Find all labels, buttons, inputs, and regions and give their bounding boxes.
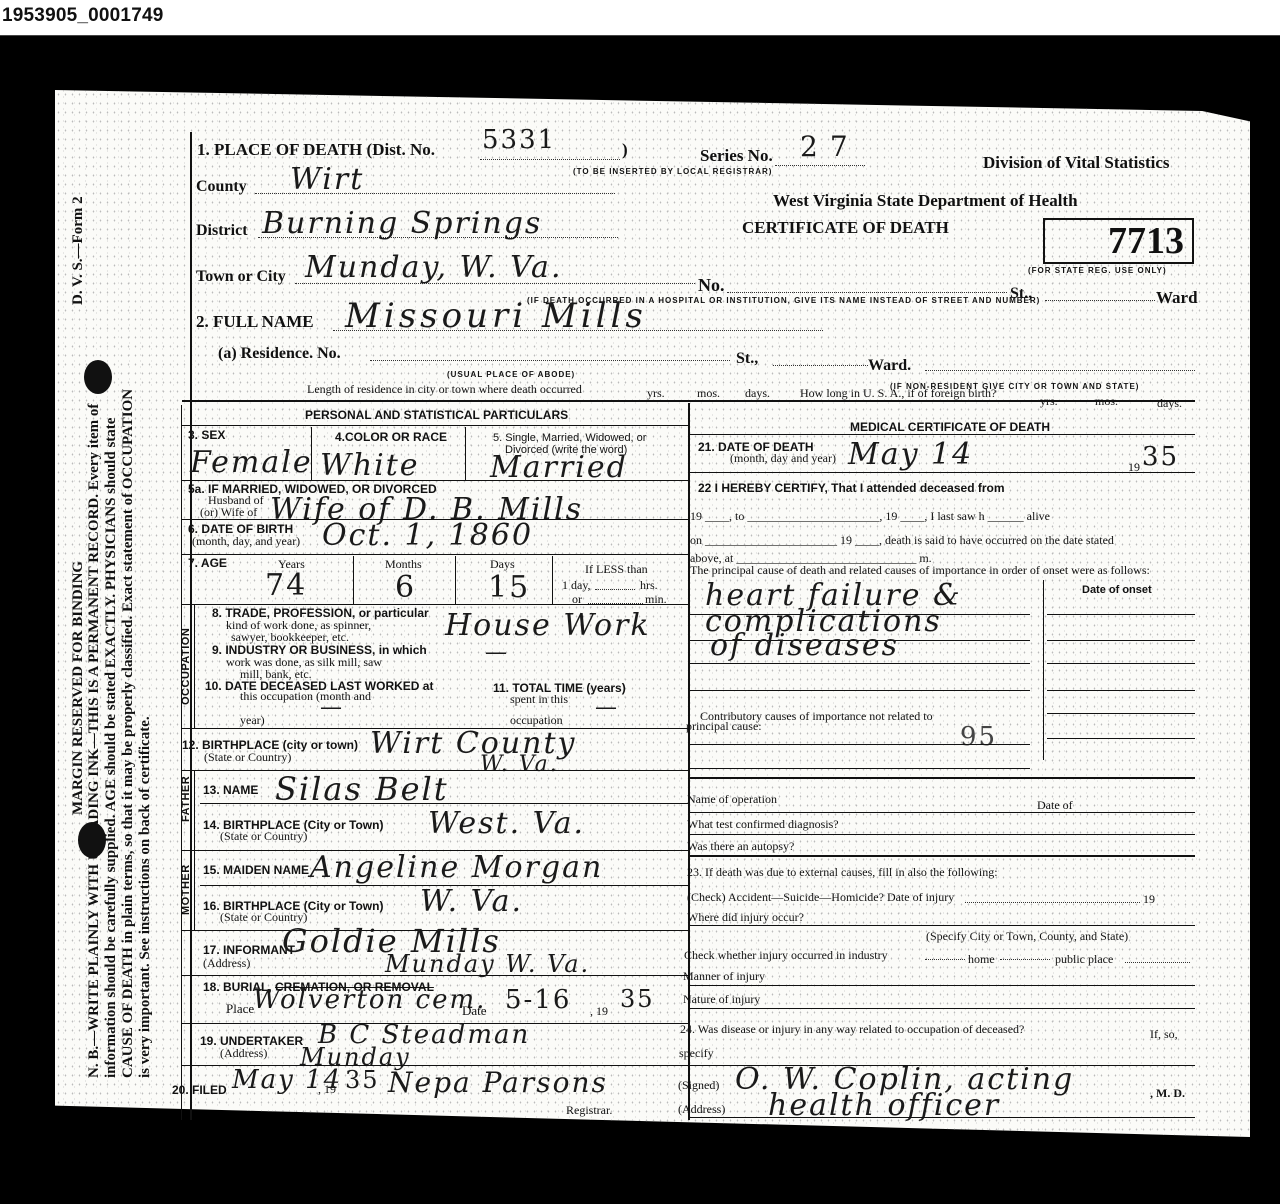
residence-ward-label: Ward. xyxy=(868,357,911,375)
age-label: 7. AGE xyxy=(188,556,227,570)
hrs-label: hrs. xyxy=(640,579,658,591)
undertaker-sub: (Address) xyxy=(220,1047,267,1059)
specify-label: specify xyxy=(679,1047,714,1059)
personal-section-title: PERSONAL AND STATISTICAL PARTICULARS xyxy=(305,408,568,422)
operation-label: Name of operation xyxy=(687,793,777,805)
cause-label: The principal cause of death and related… xyxy=(690,564,1150,576)
cell-divider xyxy=(465,427,466,480)
district-value: Burning Springs xyxy=(262,206,542,241)
home-label: home xyxy=(968,953,995,965)
cell-divider xyxy=(455,556,456,604)
home-line xyxy=(1000,959,1050,960)
mother-bracket xyxy=(194,850,195,930)
age-days-label: Days xyxy=(490,558,515,570)
length-mos: mos. xyxy=(697,387,720,399)
last-worked-label-3: year) xyxy=(240,714,265,726)
margin-instruction-2: information should be carefully supplied… xyxy=(103,418,120,1078)
dist-note: (TO BE INSERTED BY LOCAL REGISTRAR) xyxy=(573,167,772,176)
full-name-value: Missouri Mills xyxy=(345,296,647,336)
onset-rule xyxy=(1047,663,1195,664)
dod-value: May 14 xyxy=(848,437,973,472)
dod-year: 35 xyxy=(1142,442,1179,472)
total-time-label-2: spent in this xyxy=(510,693,568,705)
mother-birthplace-value: W. Va. xyxy=(420,884,523,919)
trade-value: House Work xyxy=(445,608,651,643)
onset-rule xyxy=(1047,614,1195,615)
sex-label: 3. SEX xyxy=(188,428,225,442)
row-line xyxy=(690,434,1195,435)
mother-side-label: MOTHER xyxy=(180,864,192,915)
dist-no-line xyxy=(480,159,620,160)
residence-st-label: St., xyxy=(736,350,758,368)
frame-left-inner xyxy=(181,405,182,1120)
residence-label: (a) Residence. No. xyxy=(218,345,341,363)
industry-check-label: Check whether injury occurred in industr… xyxy=(684,949,888,961)
abode-note: (USUAL PLACE OF ABODE) xyxy=(447,370,575,379)
father-bracket xyxy=(194,770,195,850)
header-divider xyxy=(182,400,1195,402)
medical-section-title: MEDICAL CERTIFICATE OF DEATH xyxy=(850,420,1050,434)
address-label: (Address) xyxy=(678,1103,725,1115)
age-months-value: 6 xyxy=(395,570,416,605)
burial-year-value: 35 xyxy=(620,985,655,1013)
row-line xyxy=(690,812,1195,813)
image-id: 1953905_0001749 xyxy=(2,5,164,27)
mother-name-value: Angeline Morgan xyxy=(310,850,603,885)
cause-rule xyxy=(690,663,1030,664)
operation-date-label: Date of xyxy=(1037,799,1073,811)
county-label: County xyxy=(196,178,247,196)
onset-column-divider xyxy=(1043,580,1044,760)
certificate-title: CERTIFICATE OF DEATH xyxy=(742,218,949,238)
filed-year-prefix: , 19 xyxy=(318,1083,336,1095)
row-line xyxy=(182,425,688,426)
row-line xyxy=(182,554,688,555)
registrar-label: Registrar. xyxy=(566,1104,612,1116)
state-note: (FOR STATE REG. USE ONLY) xyxy=(1028,266,1167,275)
onset-label: Date of onset xyxy=(1082,584,1152,596)
department-title: West Virginia State Department of Health xyxy=(773,191,1078,211)
contrib-note: 95 xyxy=(960,722,997,752)
race-value: White xyxy=(320,448,420,483)
cause-rule xyxy=(690,768,1030,769)
industry-check-line xyxy=(925,959,965,960)
signed-label: (Signed) xyxy=(678,1079,719,1091)
hrs-line xyxy=(595,589,635,590)
burial-place-value: Wolverton cem. xyxy=(253,985,486,1015)
total-time-label-3: occupation xyxy=(510,714,563,726)
row-line xyxy=(690,1008,1195,1009)
town-label: Town or City xyxy=(196,268,286,286)
full-name-label: 2. FULL NAME xyxy=(196,312,314,332)
injury-date-line xyxy=(965,902,1140,903)
registrar-signature: Nepa Parsons xyxy=(388,1066,608,1099)
mother-name-label: 15. MAIDEN NAME xyxy=(203,863,309,877)
usa-label: How long in U. S. A., if of foreign birt… xyxy=(800,387,996,399)
cause-line-3: of diseases xyxy=(710,628,899,663)
certify-line-2: 19 ____, to ______________________, 19 _… xyxy=(690,510,1050,522)
certify-line-1: 22 I HEREBY CERTIFY, That I attended dec… xyxy=(698,482,1005,494)
sex-value: Female xyxy=(190,445,313,480)
informant-sub: (Address) xyxy=(203,957,250,969)
residence-line xyxy=(370,360,730,361)
margin-instruction-3: CAUSE OF DEATH in plain terms, so that i… xyxy=(120,389,137,1078)
usa-days: days. xyxy=(1157,397,1182,409)
row-line xyxy=(200,803,688,804)
onset-rule xyxy=(1047,640,1195,641)
dist-close-paren: ) xyxy=(622,140,628,160)
md-label: , M. D. xyxy=(1150,1087,1185,1099)
less-than-label: If LESS than xyxy=(585,563,648,575)
dob-sub: (month, day, and year) xyxy=(192,535,300,547)
burial-date-label: Date xyxy=(462,1005,487,1017)
place-ward-label: Ward xyxy=(1156,288,1198,308)
row-line xyxy=(690,925,1195,926)
series-label: Series No. xyxy=(700,146,773,166)
father-name-label: 13. NAME xyxy=(203,783,258,797)
burial-date-value: 5-16 xyxy=(505,985,571,1015)
dob-value: Oct. 1, 1860 xyxy=(322,518,533,553)
place-no-line xyxy=(727,292,1007,293)
last-worked-value: — xyxy=(320,695,344,720)
row-line xyxy=(690,777,1195,779)
race-label: 4.COLOR OR RACE xyxy=(335,430,447,444)
nature-label: Nature of injury xyxy=(683,993,760,1005)
filed-label: 20. FILED xyxy=(172,1083,227,1097)
cell-divider xyxy=(353,556,354,604)
punch-hole-bottom xyxy=(78,822,106,858)
town-value: Munday, W. Va. xyxy=(305,250,562,285)
day-label: 1 day, xyxy=(562,579,591,591)
cause-rule xyxy=(690,744,1030,745)
onset-rule xyxy=(1047,738,1195,739)
last-worked-label-2: this occupation (month and xyxy=(240,690,371,702)
place-of-death-label: 1. PLACE OF DEATH (Dist. No. xyxy=(197,140,435,160)
check-year: 19 xyxy=(1143,893,1155,905)
residence-nonresident-line xyxy=(925,370,1195,371)
father-side-label: FATHER xyxy=(180,776,192,822)
burial-place-label: Place xyxy=(226,1003,254,1015)
informant-address: Munday W. Va. xyxy=(385,950,590,978)
length-residence-label: Length of residence in city or town wher… xyxy=(307,383,582,395)
cell-divider xyxy=(311,427,312,480)
age-days-value: 15 xyxy=(488,570,530,605)
place-ward-line xyxy=(1045,300,1155,301)
place-no-label: No. xyxy=(698,275,725,296)
public-place-label: public place xyxy=(1055,953,1113,965)
birthplace-sub: (State or Country) xyxy=(204,751,291,763)
row-line xyxy=(690,834,1195,835)
state-number: 7713 xyxy=(1108,220,1184,262)
father-birthplace-value: West. Va. xyxy=(428,806,585,841)
row-line xyxy=(690,985,1195,986)
dist-no-value: 5331 xyxy=(482,125,556,155)
trade-label-3: sawyer, bookkeeper, etc. xyxy=(231,631,349,643)
onset-rule xyxy=(1047,690,1195,691)
filed-year: 35 xyxy=(345,1066,380,1094)
margin-instruction-4: is very important. See instructions on b… xyxy=(137,716,154,1078)
age-years-value: 74 xyxy=(265,568,307,603)
certify-line-3: on ______________________ 19 ____, death… xyxy=(690,534,1114,546)
external-label: 23. If death was due to external causes,… xyxy=(687,866,998,878)
image-header: 1953905_0001749 xyxy=(0,0,1280,36)
father-birthplace-sub: (State or Country) xyxy=(220,830,307,842)
if-so-label: If, so, xyxy=(1150,1028,1178,1040)
series-line xyxy=(775,165,865,166)
county-value: Wirt xyxy=(290,162,364,197)
row-line xyxy=(182,480,688,481)
marital-label-1: 5. Single, Married, Widowed, or xyxy=(493,432,646,444)
margin-instruction-1: N. B.—WRITE PLAINLY WITH UNFADING INK—TH… xyxy=(86,404,103,1078)
division-title: Division of Vital Statistics xyxy=(983,153,1170,173)
row-line xyxy=(182,604,688,605)
row-line xyxy=(690,855,1195,857)
form-number: D. V. S.—Form 2 xyxy=(70,196,87,305)
row-line xyxy=(690,472,1195,473)
state-number-box: 7713 xyxy=(1043,218,1194,264)
occupation-side-label: OCCUPATION xyxy=(180,628,192,705)
industry-value: — xyxy=(485,640,509,665)
birthplace-state: W. Va. xyxy=(480,752,559,777)
spouse-sub-2: (or) Wife of xyxy=(200,506,257,518)
punch-hole-top xyxy=(84,360,112,394)
margin-binding-note: MARGIN RESERVED FOR BINDING xyxy=(70,561,87,815)
occupation-bracket xyxy=(194,604,195,728)
cell-divider xyxy=(552,556,553,604)
occ-related-label: 24. Was disease or injury in any way rel… xyxy=(680,1023,1024,1035)
where-label: Where did injury occur? xyxy=(687,911,804,923)
dod-sub: (month, day and year) xyxy=(730,452,836,464)
age-months-label: Months xyxy=(385,558,422,570)
where-note: (Specify City or Town, County, and State… xyxy=(926,930,1128,942)
contrib-label-2: principal cause: xyxy=(686,720,762,732)
check-label: (Check) Accident—Suicide—Homicide? Date … xyxy=(687,891,954,903)
series-no-value: 27 xyxy=(800,130,860,163)
length-yrs: yrs. xyxy=(647,387,665,399)
total-time-value: — xyxy=(595,695,619,720)
residence-ward-line xyxy=(773,365,868,366)
burial-year-prefix: , 19 xyxy=(590,1005,608,1017)
manner-label: Manner of injury xyxy=(683,970,765,982)
test-label: What test confirmed diagnosis? xyxy=(687,818,839,830)
row-line xyxy=(690,1117,1195,1118)
district-label: District xyxy=(196,222,248,240)
onset-rule xyxy=(1047,713,1195,714)
frame-left xyxy=(190,132,192,1120)
autopsy-label: Was there an autopsy? xyxy=(687,840,794,852)
row-line xyxy=(182,975,688,976)
public-place-line xyxy=(1125,962,1190,963)
cause-rule xyxy=(690,690,1030,691)
length-days: days. xyxy=(745,387,770,399)
